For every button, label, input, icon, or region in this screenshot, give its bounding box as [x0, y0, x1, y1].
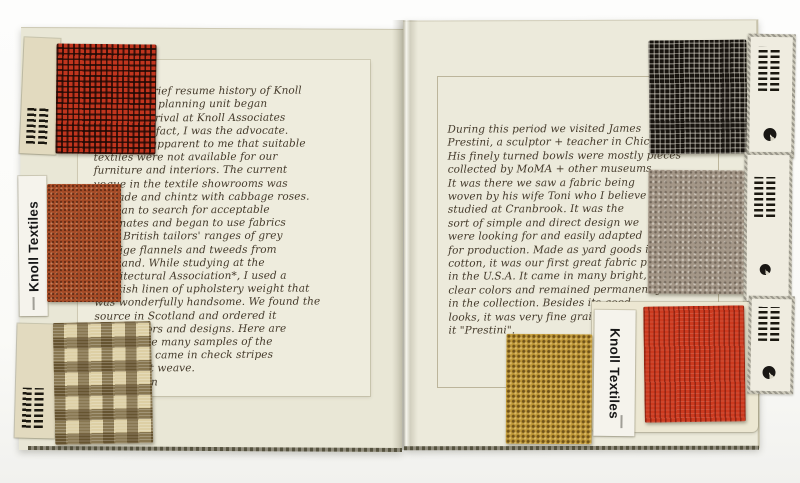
knoll-textiles-label-left: Knoll Textiles: [18, 176, 47, 316]
knoll-circle-logo-icon: [760, 264, 771, 275]
book-gutter: [392, 20, 418, 450]
swatch-gold-basket-weave: [506, 334, 593, 445]
sample-tag-top-left: [19, 37, 60, 154]
scanned-scrapbook-spread: Dear Coco Here is a brief resume history…: [0, 0, 800, 483]
stamp-marks: [22, 388, 44, 429]
right-page-bottom-edge: [404, 446, 759, 451]
sample-tag-bottom-right: [747, 296, 795, 395]
stamp-marks: [26, 105, 49, 144]
knoll-circle-logo-icon: [762, 366, 775, 379]
sample-tag-mid-right: [743, 152, 792, 304]
swatch-rust-weave: [47, 184, 121, 302]
stamp-marks: [754, 177, 775, 217]
swatch-red-open-weave: [55, 43, 156, 154]
left-page-bottom-edge: [28, 446, 402, 452]
label-small-print: [620, 415, 622, 428]
knoll-circle-logo-icon: [763, 128, 776, 141]
swatch-vermilion-ribbed: [643, 305, 746, 422]
sample-tag-top-right: [746, 34, 796, 159]
swatch-grey-tweed: [648, 170, 749, 295]
knoll-label-text: Knoll Textiles: [25, 200, 41, 291]
stamp-marks: [758, 307, 780, 341]
swatch-black-open-weave: [648, 39, 747, 154]
stamp-marks: [758, 47, 783, 91]
sample-tag-bottom-left: [15, 323, 58, 438]
knoll-label-text: Knoll Textiles: [607, 327, 623, 418]
label-small-print: [33, 297, 35, 310]
swatch-brown-gingham: [53, 321, 154, 445]
knoll-textiles-label-right: Knoll Textiles: [593, 310, 635, 436]
